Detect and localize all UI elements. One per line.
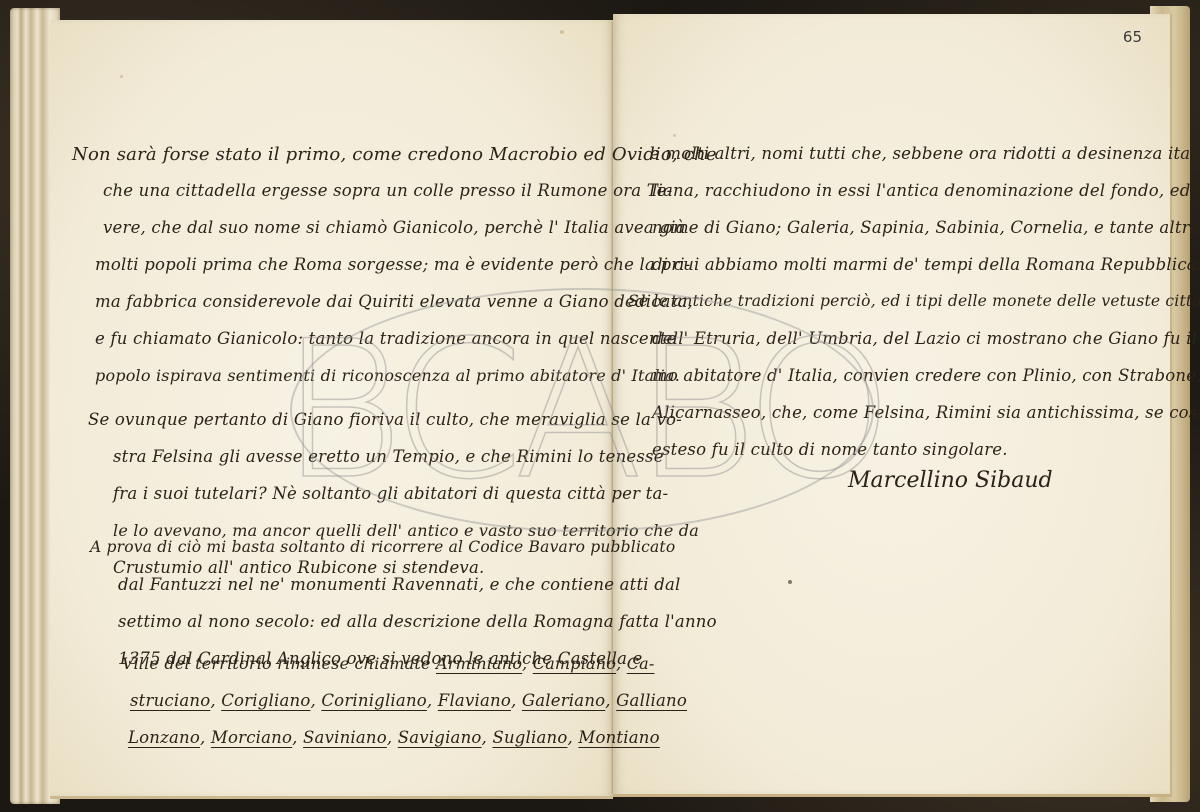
page-number: 65 [1123,28,1142,46]
village-name: Flaviano [438,691,511,710]
text-line: A prova di ciò mi basta soltanto di rico… [90,538,675,556]
text-line: esteso fu il culto di nome tanto singola… [652,440,1008,459]
text-line: che una cittadella ergesse sopra un coll… [103,181,672,200]
text-line: stra Felsina gli avesse eretto un Tempio… [113,447,664,466]
text-line: vere, che dal suo nome si chiamò Gianico… [103,218,686,237]
village-name: Saviniano [303,728,387,747]
text-line: fra i suoi tutelari? Nè soltanto gli abi… [113,484,668,503]
village-name: Lonzano [128,728,200,747]
text-line: nome di Giano; Galeria, Sapinia, Sabinia… [652,218,1200,237]
village-name: struciano [130,691,210,710]
village-name: Montiano [578,728,659,747]
village-name: Galeriano [522,691,605,710]
text-line: e molti altri, nomi tutti che, sebbene o… [650,144,1196,163]
text-line: liana, racchiudono in essi l'antica deno… [652,181,1200,200]
text-line: Se ovunque pertanto di Giano fioriva il … [88,410,682,429]
text-line: popolo ispirava sentimenti di riconoscen… [95,366,680,385]
village-name: Savigiano [398,728,482,747]
text-line: di cui abbiamo molti marmi de' tempi del… [652,255,1200,274]
author-signature: Marcellino Sibaud [848,468,1053,493]
text-line: Se le antiche tradizioni perciò, ed i ti… [628,292,1200,310]
village-name: Campiano [533,654,616,673]
text-line: Non sarà forse stato il primo, come cred… [72,144,717,165]
village-name: Arminiano [436,654,522,673]
village-name: Corinigliano [321,691,427,710]
text-line: Alicarnasseo, che, come Felsina, Rimini … [652,403,1200,422]
text-line: settimo al nono secolo: ed alla descrizi… [118,612,717,631]
village-name: Corigliano [221,691,310,710]
village-name: Sugliano [492,728,567,747]
text-line: struciano, Corigliano, Corinigliano, Fla… [130,691,687,710]
text-line: e fu chiamato Gianicolo: tanto la tradiz… [95,329,676,348]
village-name: Galliano [616,691,687,710]
text-line: dal Fantuzzi nel ne' monumenti Ravennati… [118,575,681,594]
text-line: Lonzano, Morciano, Saviniano, Savigiano,… [128,728,660,747]
text-line: Ville del territorio riminese chiamate A… [122,654,655,673]
text-line: molti popoli prima che Roma sorgesse; ma… [95,255,691,274]
text-line: dell' Etruria, dell' Umbria, del Lazio c… [652,329,1200,348]
text-line: ma fabbrica considerevole dai Quiriti el… [95,292,693,311]
village-name: Morciano [211,728,292,747]
text-line: mo abitatore d' Italia, convien credere … [652,366,1200,385]
